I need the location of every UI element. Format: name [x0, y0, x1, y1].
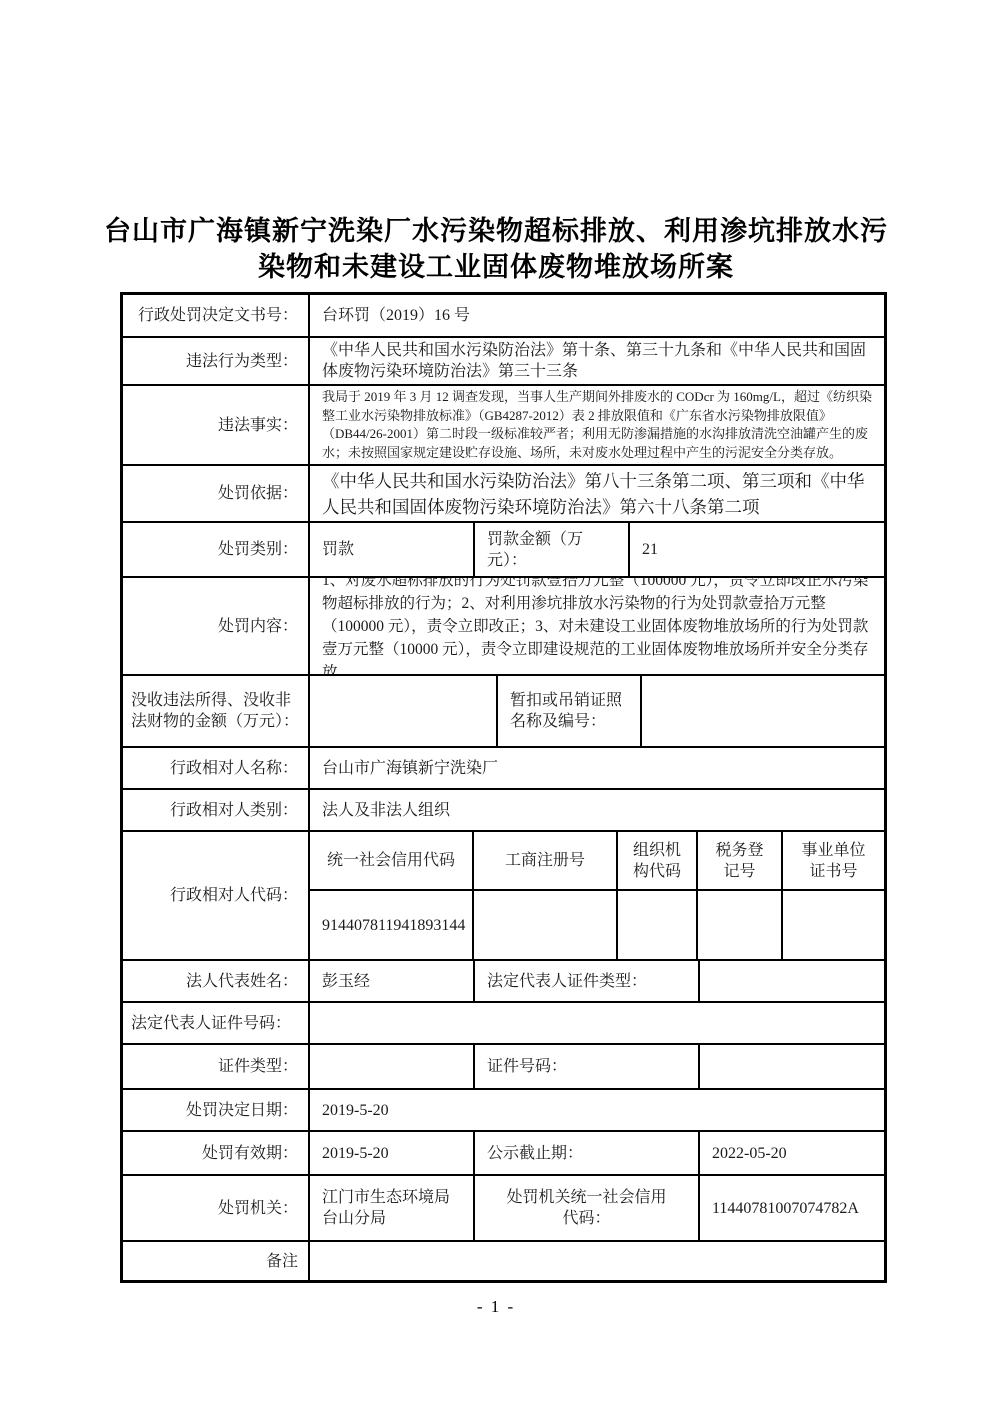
party-codes-subtable: 统一社会信用代码 工商注册号 组织机 构代码 税务登 记号 事业单位 证书号 9… [310, 832, 884, 959]
violation-facts-label: 违法事实： [123, 386, 310, 464]
row-doc-number: 行政处罚决定文书号： 台环罚（2019）16 号 [123, 295, 884, 338]
remarks-label: 备注 [123, 1242, 310, 1280]
violation-type-value: 《中华人民共和国水污染防治法》第十条、第三十九条和《中华人民共和国固体废物污染环… [310, 338, 884, 384]
cert-no-label: 证件号码： [475, 1045, 700, 1088]
legal-rep-cert-no-label: 法定代表人证件号码： [123, 1003, 310, 1043]
legal-rep-name-value: 彭玉经 [310, 961, 475, 1001]
party-codes-label: 行政相对人代码： [123, 832, 310, 959]
row-penalty-content: 处罚内容： 1、对废水超标排放的行为处罚款壹拾万元整（100000 元），责令立… [123, 578, 884, 676]
authority-credit-code-value: 11440781007074782A [700, 1176, 884, 1240]
legal-rep-cert-type-label: 法定代表人证件类型： [475, 961, 700, 1001]
header-org-code: 组织机 构代码 [618, 832, 698, 889]
header-business-reg-no: 工商注册号 [474, 832, 618, 889]
penalty-category-value: 罚款 [310, 523, 475, 576]
value-credit-code: 914407811941893144 [310, 891, 474, 959]
validity-value: 2019-5-20 [310, 1132, 475, 1174]
row-party-name: 行政相对人名称： 台山市广海镇新宁洗染厂 [123, 748, 884, 790]
header-institution-cert-no: 事业单位 证书号 [783, 832, 884, 889]
row-authority: 处罚机关： 江门市生态环境局 台山分局 处罚机关统一社会信用 代码： 11440… [123, 1176, 884, 1242]
row-penalty-basis: 处罚依据： 《中华人民共和国水污染防治法》第八十三条第二项、第三项和《中华人民共… [123, 466, 884, 523]
legal-rep-cert-no-value [310, 1003, 884, 1043]
authority-label: 处罚机关： [123, 1176, 310, 1240]
party-codes-header-row: 统一社会信用代码 工商注册号 组织机 构代码 税务登 记号 事业单位 证书号 [310, 832, 884, 891]
penalty-basis-value: 《中华人民共和国水污染防治法》第八十三条第二项、第三项和《中华人民共和国固体废物… [310, 466, 884, 521]
violation-facts-value: 我局于 2019 年 3 月 12 调查发现，当事人生产期间外排废水的 CODc… [310, 386, 884, 464]
row-party-codes: 行政相对人代码： 统一社会信用代码 工商注册号 组织机 构代码 税务登 记号 事… [123, 832, 884, 961]
violation-type-label: 违法行为类型： [123, 338, 310, 384]
party-type-value: 法人及非法人组织 [310, 790, 884, 830]
row-violation-facts: 违法事实： 我局于 2019 年 3 月 12 调查发现，当事人生产期间外排废水… [123, 386, 884, 466]
row-validity: 处罚有效期： 2019-5-20 公示截止期： 2022-05-20 [123, 1132, 884, 1176]
cert-no-value [700, 1045, 884, 1088]
row-penalty-category: 处罚类别： 罚款 罚款金额（万元）： 21 [123, 523, 884, 578]
penalty-content-label: 处罚内容： [123, 578, 310, 674]
row-legal-rep-cert-no: 法定代表人证件号码： [123, 1003, 884, 1045]
publicity-deadline-label: 公示截止期： [475, 1132, 700, 1174]
header-tax-reg-no: 税务登 记号 [698, 832, 783, 889]
decision-date-label: 处罚决定日期： [123, 1090, 310, 1130]
legal-rep-cert-type-value [700, 961, 884, 1001]
row-violation-type: 违法行为类型： 《中华人民共和国水污染防治法》第十条、第三十九条和《中华人民共和… [123, 338, 884, 386]
value-institution-cert-no [783, 891, 884, 959]
legal-rep-name-label: 法人代表姓名： [123, 961, 310, 1001]
authority-value: 江门市生态环境局 台山分局 [310, 1176, 475, 1240]
penalty-table: 行政处罚决定文书号： 台环罚（2019）16 号 违法行为类型： 《中华人民共和… [120, 292, 887, 1283]
penalty-amount-value: 21 [630, 523, 884, 576]
remarks-value [310, 1242, 884, 1280]
value-org-code [618, 891, 698, 959]
party-name-value: 台山市广海镇新宁洗染厂 [310, 748, 884, 788]
doc-number-label: 行政处罚决定文书号： [123, 295, 310, 336]
row-cert-type: 证件类型： 证件号码： [123, 1045, 884, 1090]
header-credit-code: 统一社会信用代码 [310, 832, 474, 889]
doc-number-value: 台环罚（2019）16 号 [310, 295, 884, 336]
party-type-label: 行政相对人类别： [123, 790, 310, 830]
value-tax-reg-no [698, 891, 783, 959]
penalty-content-value: 1、对废水超标排放的行为处罚款壹拾万元整（100000 元），责令立即改正水污染… [310, 578, 884, 674]
document-page: 台山市广海镇新宁洗染厂水污染物超标排放、利用渗坑排放水污 染物和未建设工业固体废… [0, 0, 992, 1403]
license-value [642, 676, 884, 746]
penalty-basis-label: 处罚依据： [123, 466, 310, 521]
validity-label: 处罚有效期： [123, 1132, 310, 1174]
party-name-label: 行政相对人名称： [123, 748, 310, 788]
decision-date-value: 2019-5-20 [310, 1090, 884, 1130]
party-codes-value-row: 914407811941893144 [310, 891, 884, 959]
row-decision-date: 处罚决定日期： 2019-5-20 [123, 1090, 884, 1132]
license-label: 暂扣或吊销证照 名称及编号： [498, 676, 642, 746]
row-legal-rep-name: 法人代表姓名： 彭玉经 法定代表人证件类型： [123, 961, 884, 1003]
row-party-type: 行政相对人类别： 法人及非法人组织 [123, 790, 884, 832]
confiscation-value [310, 676, 498, 746]
cert-type-value [310, 1045, 475, 1088]
penalty-category-label: 处罚类别： [123, 523, 310, 576]
row-confiscation: 没收违法所得、没收非 法财物的金额（万元）： 暂扣或吊销证照 名称及编号： [123, 676, 884, 748]
authority-credit-code-label: 处罚机关统一社会信用 代码： [475, 1176, 700, 1240]
cert-type-label: 证件类型： [123, 1045, 310, 1088]
value-business-reg-no [474, 891, 618, 959]
document-title: 台山市广海镇新宁洗染厂水污染物超标排放、利用渗坑排放水污 染物和未建设工业固体废… [0, 213, 992, 285]
penalty-amount-label: 罚款金额（万元）： [475, 523, 630, 576]
page-number: - 1 - [0, 1297, 992, 1317]
row-remarks: 备注 [123, 1242, 884, 1280]
confiscation-label: 没收违法所得、没收非 法财物的金额（万元）： [123, 676, 310, 746]
publicity-deadline-value: 2022-05-20 [700, 1132, 884, 1174]
